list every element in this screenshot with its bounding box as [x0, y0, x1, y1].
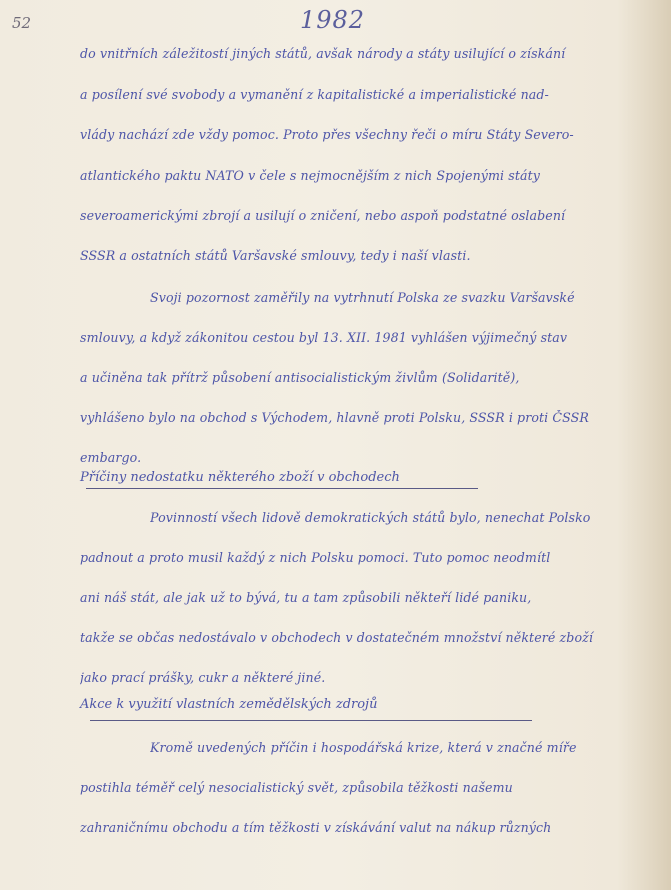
text-line: a posílení své svobody a vymanění z kapi…	[80, 87, 670, 102]
page-number: 52	[12, 14, 31, 32]
text-line: vyhlášeno bylo na obchod s Východem, hla…	[80, 410, 670, 425]
text-line: atlantického paktu NATO v čele s nejmocn…	[80, 168, 670, 183]
text-line: smlouvy, a když zákonitou cestou byl 13.…	[80, 330, 670, 345]
text-line: Kromě uvedených příčin i hospodářská kri…	[150, 740, 670, 755]
text-line: Povinností všech lidově demokratických s…	[150, 510, 670, 525]
text-line: vlády nachází zde vždy pomoc. Proto přes…	[80, 127, 670, 142]
text-line: embargo.	[80, 450, 670, 465]
text-line: SSSR a ostatních států Varšavské smlouvy…	[80, 248, 670, 263]
heading-underline	[86, 488, 478, 489]
text-line: postihla téměř celý nesocialistický svět…	[80, 780, 670, 795]
text-line: jako prací prášky, cukr a některé jiné.	[80, 670, 670, 685]
text-line: Svoji pozornost zaměřily na vytrhnutí Po…	[150, 290, 670, 305]
text-line: padnout a proto musil každý z nich Polsk…	[80, 550, 670, 565]
section-heading: Příčiny nedostatku některého zboží v obc…	[80, 470, 400, 485]
text-line: takže se občas nedostávalo v obchodech v…	[80, 630, 670, 645]
text-line: ani náš stát, ale jak už to bývá, tu a t…	[80, 590, 670, 605]
text-line: do vnitřních záležitostí jiných států, a…	[80, 46, 670, 61]
year-heading: 1982	[300, 6, 365, 34]
text-line: a učiněna tak přítrž působení antisocial…	[80, 370, 670, 385]
manuscript-page: 52 1982 do vnitřních záležitostí jiných …	[0, 0, 671, 890]
text-line: zahraničnímu obchodu a tím těžkosti v zí…	[80, 820, 670, 835]
section-heading: Akce k využití vlastních zemědělských zd…	[80, 697, 377, 712]
heading-underline	[90, 720, 532, 721]
text-line: severoamerickými zbrojí a usilují o znič…	[80, 208, 670, 223]
